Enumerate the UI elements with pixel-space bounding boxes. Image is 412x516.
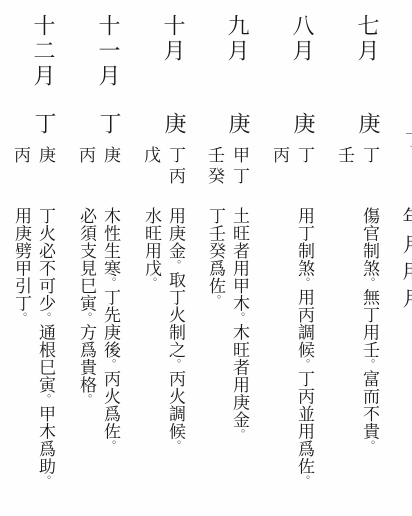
note-col-9-right: 土旺者用甲木。木旺者用庚金。 <box>230 207 247 440</box>
note-col-12-right: 丁火必不可少。通根巳寅。甲木爲助。 <box>36 207 53 487</box>
month-header-12: 十二月 <box>31 14 53 89</box>
month-header-10: 十月 <box>161 14 183 64</box>
ideographic-period: 。 <box>104 440 117 452</box>
substem-col-7-left: 壬 <box>335 146 352 167</box>
ideographic-period: 。 <box>104 359 117 371</box>
note-col-9-left: 丁壬癸爲佐。 <box>206 207 223 306</box>
ideographic-period: 。 <box>104 277 117 289</box>
ideographic-period: 。 <box>169 440 182 452</box>
stem-char-7: 庚 <box>356 112 378 134</box>
ideographic-period: 。 <box>15 312 28 324</box>
ideographic-period: 。 <box>363 440 376 452</box>
ideographic-period: 。 <box>169 260 182 272</box>
month-header-9: 九月 <box>225 14 247 64</box>
ideographic-period: 。 <box>363 277 376 289</box>
stem-char-9: 庚 <box>226 112 248 134</box>
ideographic-period: 。 <box>39 394 52 406</box>
month-header-7: 七月 <box>355 14 377 64</box>
month-header-11: 十一月 <box>96 14 118 89</box>
note-col-10-right: 用庚金。取丁火制之。丙火調候。 <box>166 207 183 452</box>
substem-col-10-left: 戊 <box>141 146 158 167</box>
substem-col-10-right: 丁丙 <box>166 146 183 188</box>
substem-col-12-left: 丙 <box>11 146 28 167</box>
note-col-11-right: 木性生寒。丁先庚後。丙火爲佐。 <box>101 207 118 452</box>
ideographic-period: 。 <box>145 277 158 289</box>
substem-col-8-left: 丙 <box>270 146 287 167</box>
ideographic-period: 。 <box>39 312 52 324</box>
substem-col-9-left: 壬癸 <box>205 146 222 188</box>
ideographic-period: 。 <box>169 359 182 371</box>
note-col-7-right: 傷官制煞。無丁用壬。富而不貴。 <box>360 207 377 452</box>
ideographic-period: 。 <box>298 277 311 289</box>
substem-col-12-right: 庚 <box>36 146 53 167</box>
ideographic-period: 。 <box>298 359 311 371</box>
note-col-8-right: 用丁制煞。用丙調候。丁丙並用爲佐。 <box>295 207 312 487</box>
stem-char-8: 庚 <box>291 112 313 134</box>
ideographic-period: 。 <box>233 429 246 441</box>
substem-col-9-right: 甲丁 <box>230 146 247 188</box>
edge-fragment-body: 年月用月 <box>401 207 412 315</box>
stem-char-12: 丁 <box>32 112 54 134</box>
substem-col-11-right: 庚 <box>101 146 118 167</box>
note-col-10-left: 水旺用戊。 <box>142 207 159 289</box>
ideographic-period: 。 <box>363 359 376 371</box>
ideographic-period: 。 <box>80 312 93 324</box>
note-col-11-left: 必須支見巳寅。方爲貴格。 <box>77 207 94 405</box>
ideographic-period: 。 <box>209 295 222 307</box>
month-header-8: 八月 <box>290 14 312 64</box>
stem-char-11: 丁 <box>97 112 119 134</box>
ideographic-period: 。 <box>298 475 311 487</box>
ideographic-period: 。 <box>233 312 246 324</box>
stem-char-10: 庚 <box>162 112 184 134</box>
substem-col-8-right: 丁 <box>295 146 312 167</box>
ideographic-period: 。 <box>80 394 93 406</box>
ideographic-period: 。 <box>39 475 52 487</box>
substem-col-7-right: 丁 <box>360 146 377 167</box>
page: 七月庚丁壬傷官制煞。無丁用壬。富而不貴。八月庚丁丙用丁制煞。用丙調候。丁丙並用爲… <box>0 0 412 516</box>
substem-col-11-left: 丙 <box>76 146 93 167</box>
edge-fragment-stem: 丁 <box>402 131 412 152</box>
note-col-12-left: 用庚劈甲引丁。 <box>12 207 29 324</box>
